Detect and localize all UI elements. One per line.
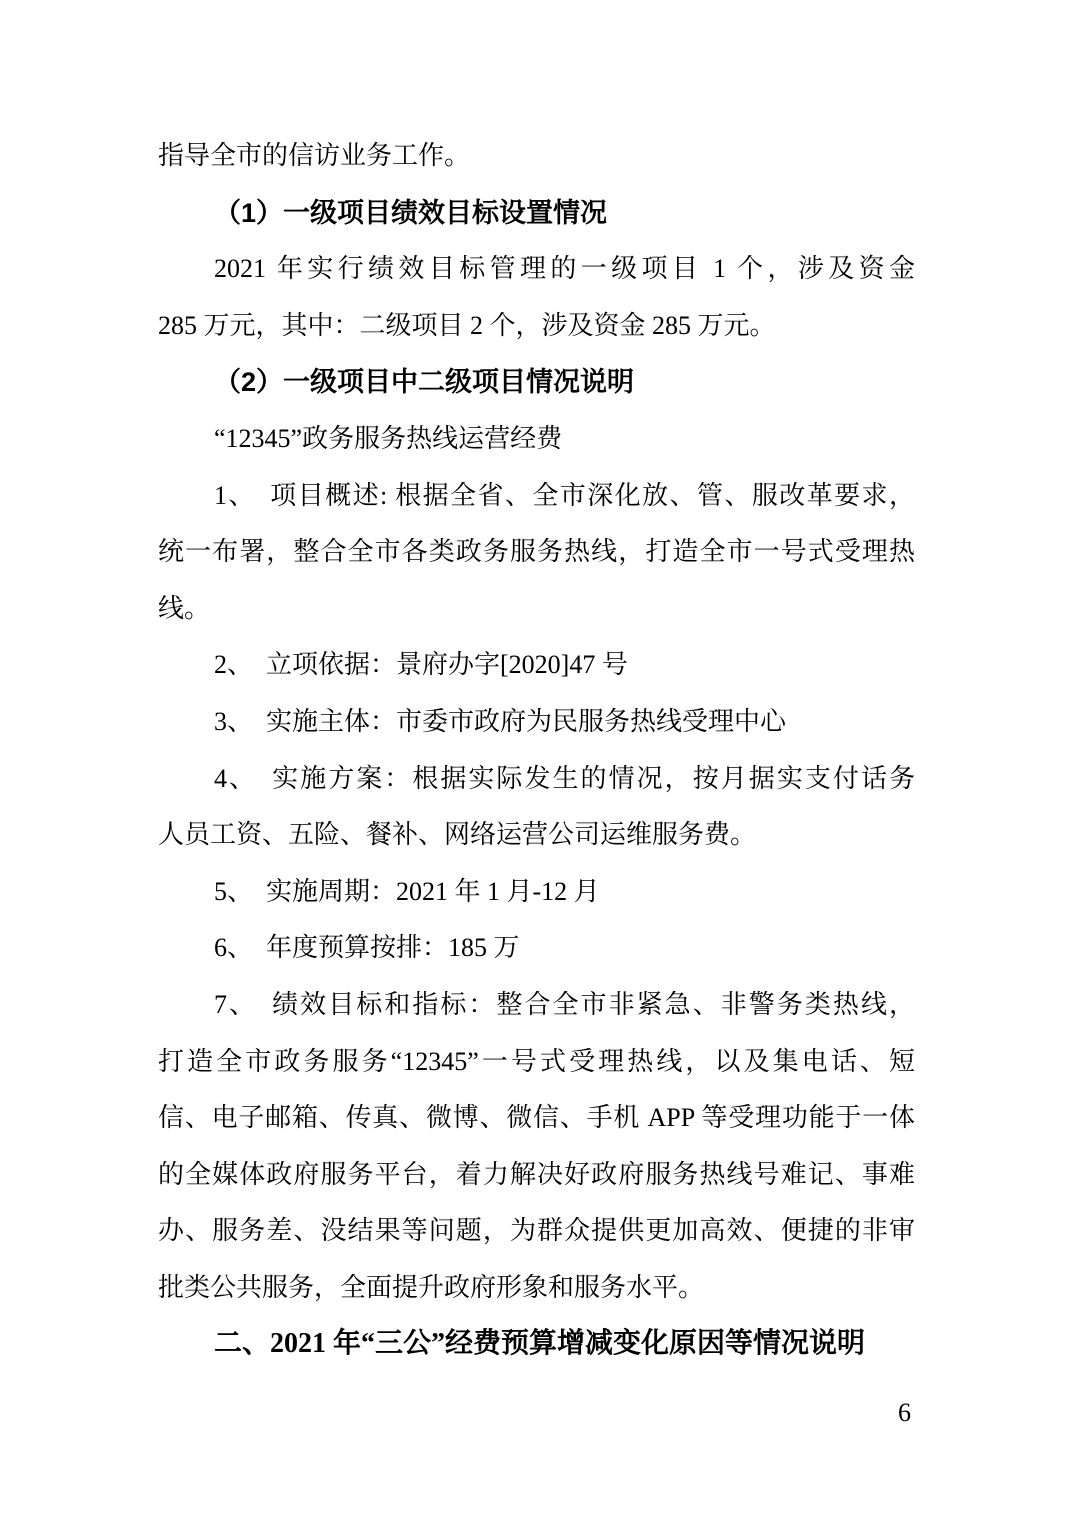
document-text-block: 指导全市的信访业务工作。 （1）一级项目绩效目标设置情况 2021 年实行绩效目… (158, 128, 915, 1373)
document-page: 指导全市的信访业务工作。 （1）一级项目绩效目标设置情况 2021 年实行绩效目… (0, 0, 1074, 1520)
body-line: 统一布署，整合全市各类政务服务热线，打造全市一号式受理热 (158, 524, 915, 581)
list-item-1-line: 1、 项目概述: 根据全省、全市深化放、管、服改革要求， (158, 468, 915, 525)
body-line: 指导全市的信访业务工作。 (158, 128, 915, 185)
list-item-5-line: 5、 实施周期：2021 年 1 月-12 月 (158, 864, 915, 921)
chapter-heading: 二、2021 年“三公”经费预算增减变化原因等情况说明 (158, 1316, 915, 1373)
body-line: 285 万元，其中：二级项目 2 个，涉及资金 285 万元。 (158, 298, 915, 355)
project-title-line: “12345”政务服务热线运营经费 (158, 411, 915, 468)
list-item-3-line: 3、 实施主体：市委市政府为民服务热线受理中心 (158, 694, 915, 751)
list-item-7-line: 7、 绩效目标和指标：整合全市非紧急、非警务类热线， (158, 977, 915, 1034)
section-heading-1: （1）一级项目绩效目标设置情况 (158, 185, 915, 242)
list-item-2-line: 2、 立项依据：景府办字[2020]47 号 (158, 637, 915, 694)
body-line: 办、服务差、没结果等问题，为群众提供更加高效、便捷的非审 (158, 1203, 915, 1260)
list-item-6-line: 6、 年度预算按排：185 万 (158, 920, 915, 977)
body-line: 的全媒体政府服务平台，着力解决好政府服务热线号难记、事难 (158, 1147, 915, 1204)
body-line: 线。 (158, 581, 915, 638)
body-line: 打造全市政务服务“12345”一号式受理热线，以及集电话、短 (158, 1034, 915, 1091)
section-heading-2: （2）一级项目中二级项目情况说明 (158, 354, 915, 411)
body-line: 批类公共服务，全面提升政府形象和服务水平。 (158, 1260, 915, 1317)
body-line: 人员工资、五险、餐补、网络运营公司运维服务费。 (158, 807, 915, 864)
page-number: 6 (898, 1398, 911, 1428)
body-line: 信、电子邮箱、传真、微博、微信、手机 APP 等受理功能于一体 (158, 1090, 915, 1147)
list-item-4-line: 4、 实施方案：根据实际发生的情况，按月据实支付话务 (158, 751, 915, 808)
body-line: 2021 年实行绩效目标管理的一级项目 1 个，涉及资金 (158, 241, 915, 298)
